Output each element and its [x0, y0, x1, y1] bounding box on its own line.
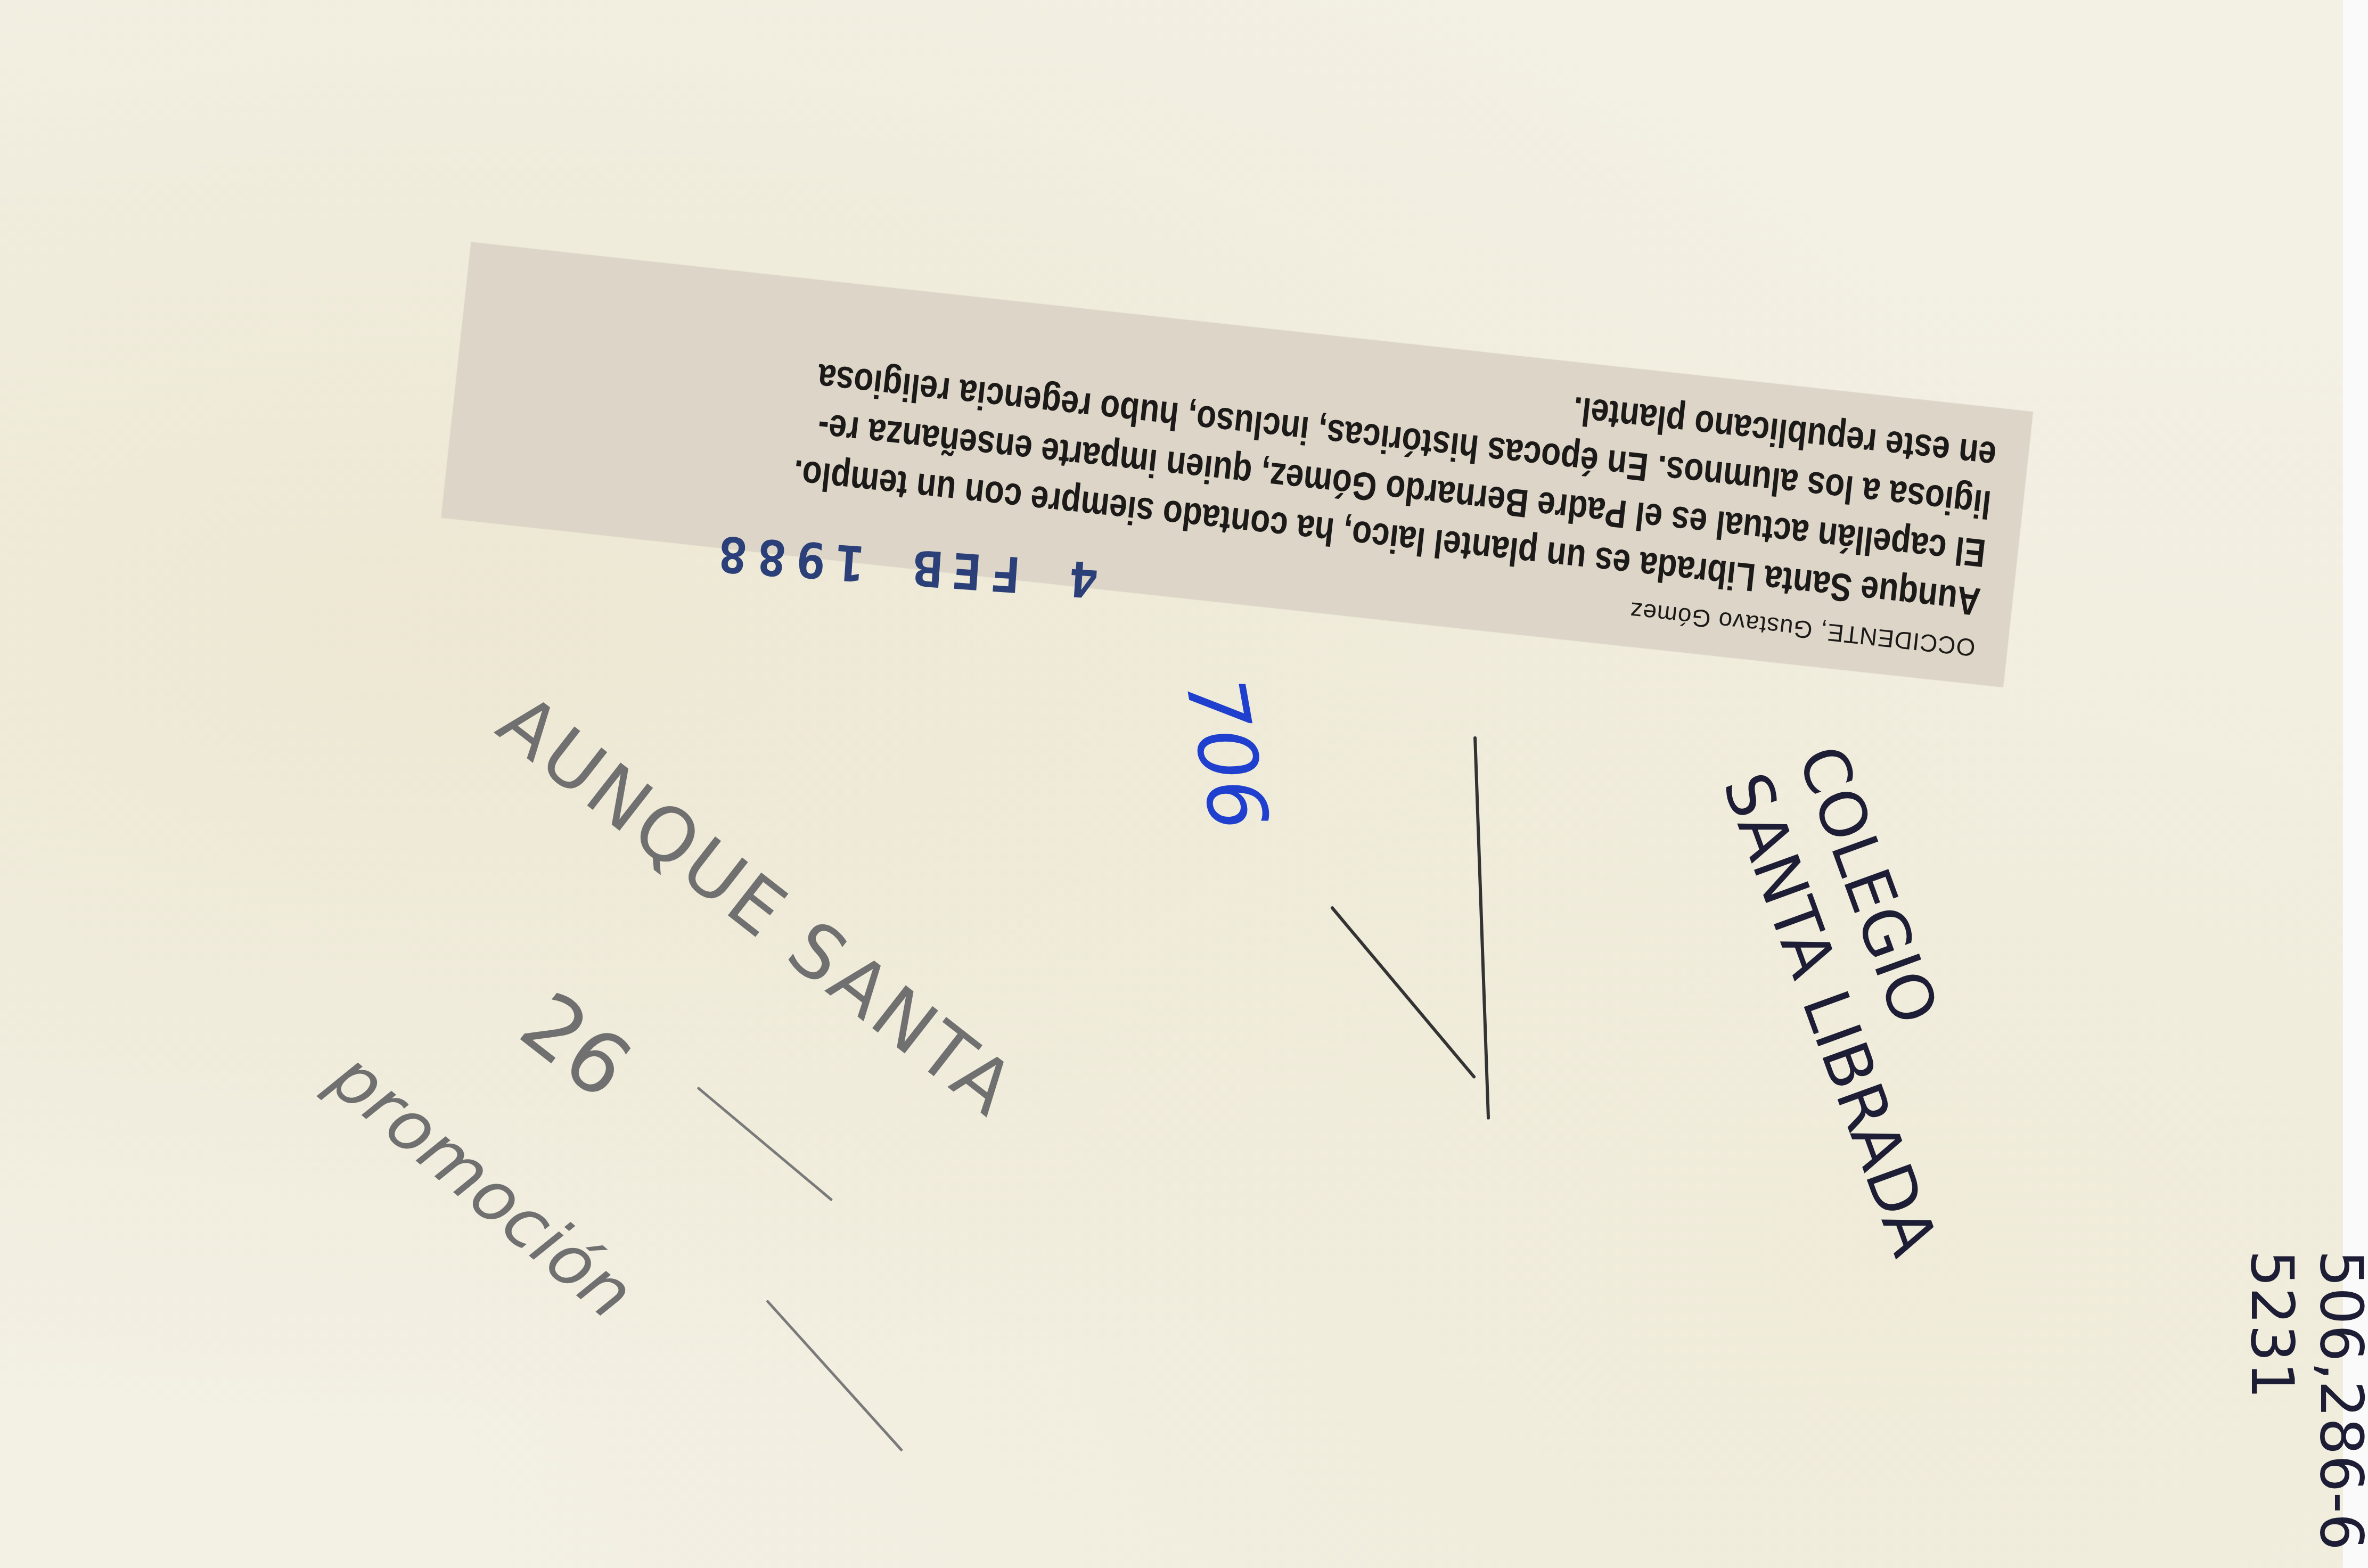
photo-back — [0, 0, 2343, 1568]
archive-ref-line: 506,286-6 — [2307, 1250, 2368, 1551]
archive-ref-annotation: 506,286-6 5231 — [2238, 1250, 2368, 1551]
archive-ref-line: 5231 — [2238, 1250, 2307, 1551]
